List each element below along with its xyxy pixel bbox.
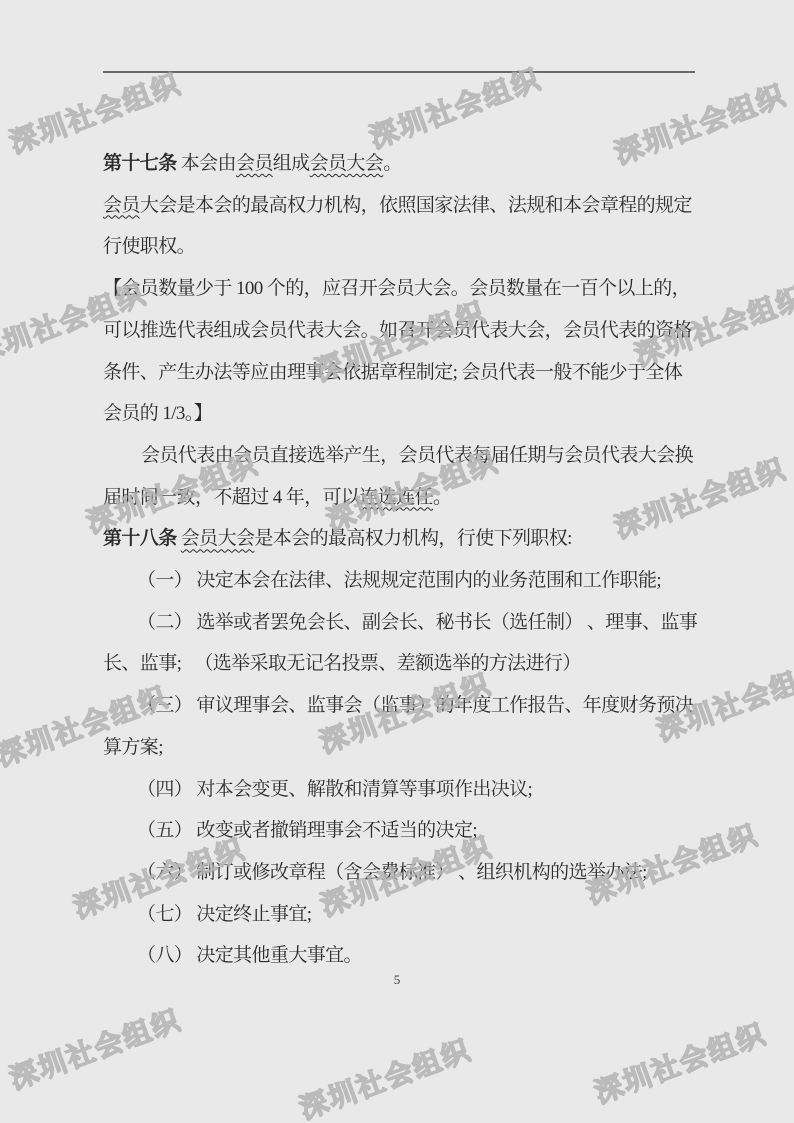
text-line: 算方案; <box>103 727 695 769</box>
text-run: （五） 改变或者撤销理事会不适当的决定; <box>137 820 477 841</box>
text-run: 。 <box>433 487 451 508</box>
text-line: （二） 选举或者罢免会长、副会长、秘书长（选任制） 、理事、监事 <box>103 602 695 644</box>
text-run: （一） 决定本会在法律、法规规定范围内的业务范围和工作职能; <box>137 570 661 591</box>
text-run: 组成 <box>273 153 310 174</box>
text-run: 连选连任 <box>359 487 433 508</box>
text-line: （一） 决定本会在法律、法规规定范围内的业务范围和工作职能; <box>103 560 695 602</box>
document-body: 第十七条 本会由会员组成会员大会。会员大会是本会的最高权力机构，依照国家法律、法… <box>103 143 695 977</box>
text-run: 本会由 <box>177 153 236 174</box>
text-run: 会员大会 <box>310 153 384 174</box>
watermark: 深圳社会组织 <box>294 1028 477 1123</box>
text-run: （四） 对本会变更、解散和清算等事项作出决议; <box>137 779 532 800</box>
text-line: 第十八条 会员大会是本会的最高权力机构，行使下列职权: <box>103 518 695 560</box>
text-run: 【会员数量少于 100 个的，应召开会员大会。会员数量在一百个以上的， <box>103 278 690 299</box>
watermark: 深圳社会组织 <box>589 1012 772 1111</box>
text-line: （三） 审议理事会、监事会（监事）的年度工作报告、年度财务预决 <box>103 685 695 727</box>
header-rule <box>103 71 695 73</box>
text-line: 条件、产生办法等应由理事会依据章程制定; 会员代表一般不能少于全体 <box>103 352 695 394</box>
text-run: 是本会的最高权力机构，行使下列职权: <box>254 528 571 549</box>
text-run: （八） 决定其他重大事宜。 <box>137 945 362 966</box>
text-run: （六） 制订或修改章程（含会费标准） 、组织机构的选举办法; <box>137 862 647 883</box>
text-run: （二） 选举或者罢免会长、副会长、秘书长（选任制） 、理事、监事 <box>137 612 697 633</box>
text-line: （七） 决定终止事宜; <box>103 894 695 936</box>
text-run: 第十七条 <box>103 153 177 174</box>
text-run: 条件、产生办法等应由理事会依据章程制定; 会员代表一般不能少于全体 <box>103 362 682 383</box>
text-run: 第十八条 <box>103 528 177 549</box>
text-run: 。 <box>383 153 401 174</box>
text-run: 会员的 1/3。】 <box>103 403 212 424</box>
page-container: 第十七条 本会由会员组成会员大会。会员大会是本会的最高权力机构，依照国家法律、法… <box>0 0 794 1123</box>
text-line: （五） 改变或者撤销理事会不适当的决定; <box>103 810 695 852</box>
text-line: 会员的 1/3。】 <box>103 393 695 435</box>
text-line: 可以推选代表组成会员代表大会。如召开会员代表大会，会员代表的资格 <box>103 310 695 352</box>
text-run: （三） 审议理事会、监事会（监事）的年度工作报告、年度财务预决 <box>137 695 693 716</box>
document-page: { "page": { "number": "5", "background_c… <box>0 0 794 1123</box>
text-run: 会员 <box>236 153 273 174</box>
text-run: 长、监事; （选举采取无记名投票、差额选举的方法进行） <box>103 653 581 674</box>
text-line: 会员代表由会员直接选举产生，会员代表每届任期与会员代表大会换 <box>103 435 695 477</box>
text-run: 会员 <box>103 195 140 216</box>
text-run: 大会是本会的最高权力机构，依照国家法律、法规和本会章程的规定 <box>140 195 692 216</box>
text-line: 行使职权。 <box>103 226 695 268</box>
text-line: （六） 制订或修改章程（含会费标准） 、组织机构的选举办法; <box>103 852 695 894</box>
text-line: （八） 决定其他重大事宜。 <box>103 935 695 977</box>
text-line: 第十七条 本会由会员组成会员大会。 <box>103 143 695 185</box>
text-line: 【会员数量少于 100 个的，应召开会员大会。会员数量在一百个以上的， <box>103 268 695 310</box>
text-run: （七） 决定终止事宜; <box>137 904 311 925</box>
watermark: 深圳社会组织 <box>4 998 187 1097</box>
text-run: 算方案; <box>103 737 163 758</box>
text-run: 会员代表由会员直接选举产生，会员代表每届任期与会员代表大会换 <box>141 445 693 466</box>
text-run: 届时间一致，不超过 4 年，可以 <box>103 487 359 508</box>
text-line: （四） 对本会变更、解散和清算等事项作出决议; <box>103 769 695 811</box>
text-line: 会员大会是本会的最高权力机构，依照国家法律、法规和本会章程的规定 <box>103 185 695 227</box>
text-line: 届时间一致，不超过 4 年，可以连选连任。 <box>103 477 695 519</box>
page-number: 5 <box>0 972 794 988</box>
text-run: 行使职权。 <box>103 236 195 257</box>
text-run: 可以推选代表组成会员代表大会。如召开会员代表大会，会员代表的资格 <box>103 320 692 341</box>
text-run: 会员大会 <box>181 528 255 549</box>
text-line: 长、监事; （选举采取无记名投票、差额选举的方法进行） <box>103 643 695 685</box>
